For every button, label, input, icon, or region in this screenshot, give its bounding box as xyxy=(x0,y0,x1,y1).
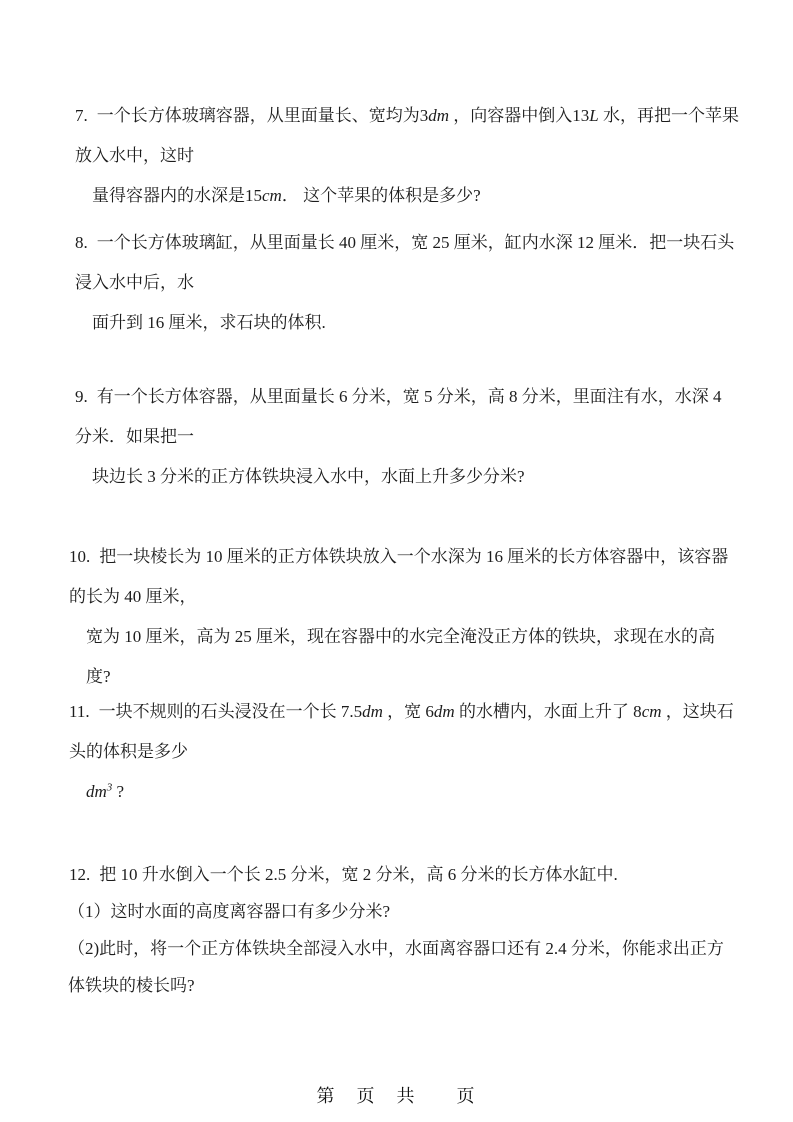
page-footer: 第 页 共 页 xyxy=(0,1082,793,1108)
problem-10: 10.把一块棱长为 10 厘米的正方体铁块放入一个水深为 16 厘米的长方体容器… xyxy=(69,537,734,697)
problem-text: 有一个长方体容器，从里面量长 6 分米，宽 5 分米，高 8 分米，里面注有水，… xyxy=(75,387,722,446)
problem-number: 9. xyxy=(75,377,88,417)
problem-line: 10.把一块棱长为 10 厘米的正方体铁块放入一个水深为 16 厘米的长方体容器… xyxy=(69,537,734,617)
problem-text: 一个长方体玻璃容器，从里面量长、宽均为3dm ，向容器中倒入13L 水，再把一个… xyxy=(75,106,739,165)
problem-line: 量得容器内的水深是15cm． 这个苹果的体积是多少? xyxy=(75,176,740,216)
problem-8: 8.一个长方体玻璃缸，从里面量长 40 厘米，宽 25 厘米，缸内水深 12 厘… xyxy=(75,223,740,343)
problem-line: 宽为 10 厘米，高为 25 厘米，现在容器中的水完全淹没正方体的铁块，求现在水… xyxy=(69,617,734,697)
problem-number: 11. xyxy=(69,692,90,732)
problem-text: 把 10 升水倒入一个长 2.5 分米，宽 2 分米，高 6 分米的长方体水缸中… xyxy=(99,865,618,884)
worksheet-page: 7.一个长方体玻璃容器，从里面量长、宽均为3dm ，向容器中倒入13L 水，再把… xyxy=(0,0,793,1122)
problem-line: dm3 ? xyxy=(69,772,734,812)
problem-text: 一个长方体玻璃缸，从里面量长 40 厘米，宽 25 厘米，缸内水深 12 厘米．… xyxy=(75,233,734,292)
problem-line: 12.把 10 升水倒入一个长 2.5 分米，宽 2 分米，高 6 分米的长方体… xyxy=(69,856,734,893)
problem-7: 7.一个长方体玻璃容器，从里面量长、宽均为3dm ，向容器中倒入13L 水，再把… xyxy=(75,96,740,216)
problem-text: 把一块棱长为 10 厘米的正方体铁块放入一个水深为 16 厘米的长方体容器中，该… xyxy=(69,547,728,606)
problem-line: 面升到 16 厘米，求石块的体积. xyxy=(75,303,740,343)
problem-9: 9.有一个长方体容器，从里面量长 6 分米，宽 5 分米，高 8 分米，里面注有… xyxy=(75,377,740,497)
problem-11: 11.一块不规则的石头浸没在一个长 7.5dm ，宽 6dm 的水槽内，水面上升… xyxy=(69,692,734,812)
problem-number: 12. xyxy=(69,856,90,893)
problem-line: 8.一个长方体玻璃缸，从里面量长 40 厘米，宽 25 厘米，缸内水深 12 厘… xyxy=(75,223,740,303)
problem-number: 10. xyxy=(69,537,90,577)
problem-subitem-1: （1）这时水面的高度离容器口有多少分米? xyxy=(68,893,734,930)
problem-subitem-2: （2)此时，将一个正方体铁块全部浸入水中，水面离容器口还有 2.4 分米，你能求… xyxy=(68,930,734,1004)
problem-text: 一块不规则的石头浸没在一个长 7.5dm ，宽 6dm 的水槽内，水面上升了 8… xyxy=(69,702,734,761)
problem-line: 7.一个长方体玻璃容器，从里面量长、宽均为3dm ，向容器中倒入13L 水，再把… xyxy=(75,96,740,176)
problem-12: 12.把 10 升水倒入一个长 2.5 分米，宽 2 分米，高 6 分米的长方体… xyxy=(69,856,734,1004)
problem-number: 8. xyxy=(75,223,88,263)
problem-line: 块边长 3 分米的正方体铁块浸入水中，水面上升多少分米? xyxy=(75,457,740,497)
problem-line: 9.有一个长方体容器，从里面量长 6 分米，宽 5 分米，高 8 分米，里面注有… xyxy=(75,377,740,457)
problem-line: 11.一块不规则的石头浸没在一个长 7.5dm ，宽 6dm 的水槽内，水面上升… xyxy=(69,692,734,772)
problem-number: 7. xyxy=(75,96,88,136)
